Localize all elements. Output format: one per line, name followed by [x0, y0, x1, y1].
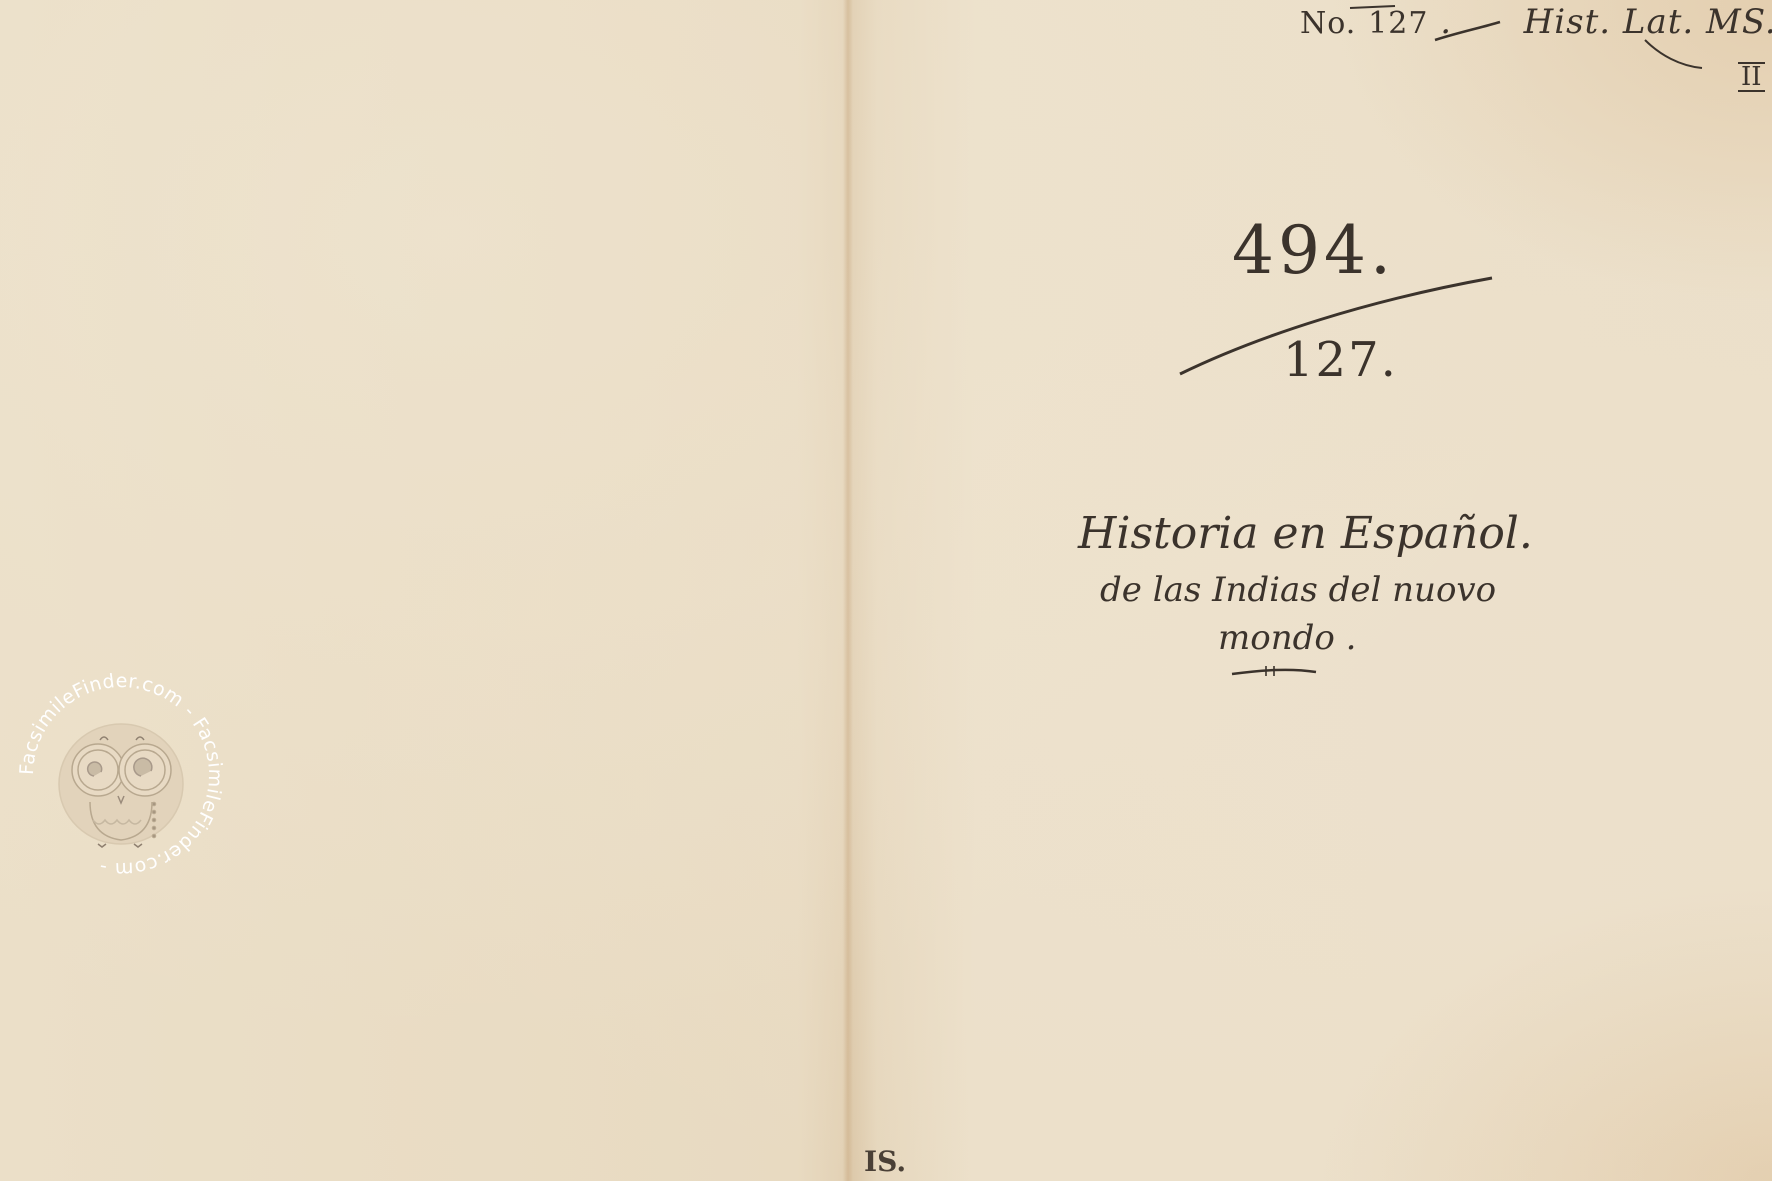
pen-strokes: [0, 0, 1772, 1181]
facsimilefinder-watermark: FacsimileFinder.com - FacsimileFinder.co…: [18, 672, 224, 878]
owl-icon: [59, 724, 183, 847]
fraction-line: [1180, 278, 1492, 374]
